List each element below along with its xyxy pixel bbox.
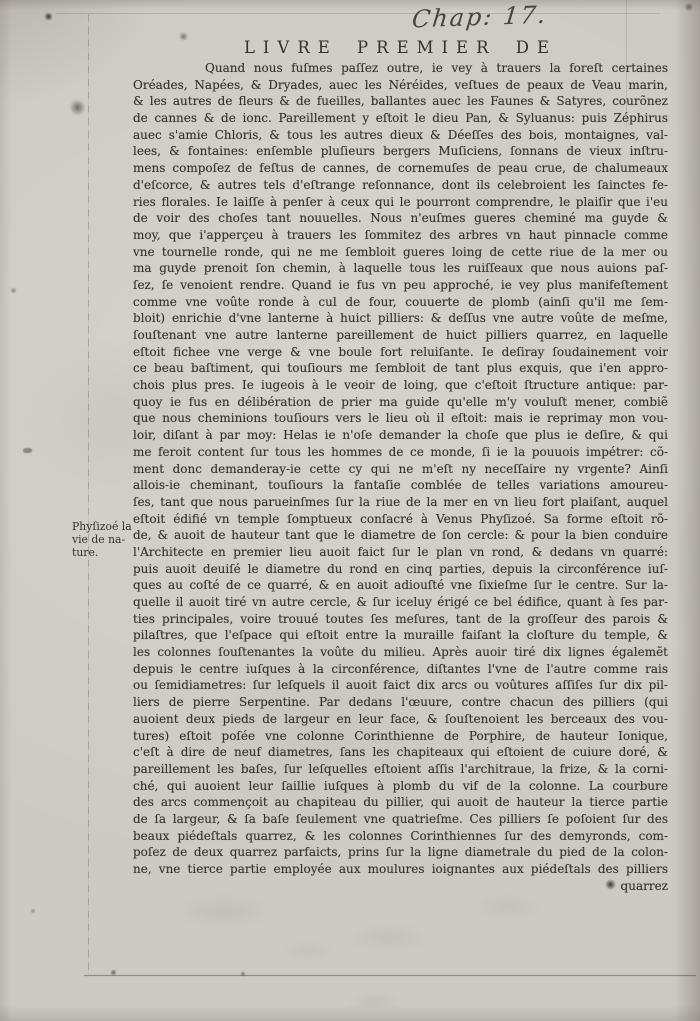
text-line: poſez de deux quarrez parfaicts, prins ſ… [133,844,668,861]
text-line: Quand nous fuſmes paſſez outre, ie vey à… [133,60,668,77]
text-line: eſtoit fichee vne verge & vne boule fort… [133,344,668,361]
frame-rule-top [56,13,660,14]
text-line: loir, diſant à par moy: Helas ie n'oſe d… [133,427,668,444]
text-line: moy, que i'apperçeu à trauers les ſommit… [133,227,668,244]
text-line: les colonnes ſouſtenantes la voûte du mi… [133,644,668,661]
text-line: des arcs commençoit au chapiteau du pill… [133,794,668,811]
page: Chap: 17. LIVRE PREMIER DE Phyſizoé lavi… [0,0,700,1021]
text-line: vne tournelle ronde, qui ne me ſembloit … [133,244,668,261]
text-line: l'Architecte en premier lieu auoit faict… [133,544,668,561]
text-line: ment donc demanderay-ie cette cy qui ne … [133,461,668,478]
text-line: bloit) enrichie d'vne lanterne à huict p… [133,310,668,327]
text-line: ries florales. Ie laiſſe à penſer à ceux… [133,194,668,211]
text-line: ſez, ſe venoient rendre. Quand ie fus vn… [133,277,668,294]
text-line: beaux piédeſtals quarrez, & les colonnes… [133,828,668,845]
frame-rule-left [88,14,89,974]
text-line: de cannes & de ionc. Pareillement y eſto… [133,110,668,127]
foxing-speck [240,971,246,977]
text-line: de, & auoit de hauteur tant que le diame… [133,527,668,544]
text-line: ſes, tant que nous parueinſmes ſur la ri… [133,494,668,511]
text-line: ſouſtenant vne autre lanterne pareilleme… [133,327,668,344]
text-line: ques au coſté de ce quarré, & en auoit a… [133,577,668,594]
verso-showthrough [130,885,600,973]
frame-rule-bottom [84,975,696,976]
ink-stain [70,99,85,116]
text-line: allois-ie cheminant, touſiours la fantaſ… [133,477,668,494]
text-line: quelle il auoit tiré vn autre cercle, & … [133,594,668,611]
foxing-speck [110,969,117,976]
text-line: pareillement les baſes, ſur leſquelles e… [133,761,668,778]
foxing-speck [23,448,32,453]
catchword: quarrez [133,878,668,895]
text-line: ou ſemidiametres: ſur leſquels il auoit … [133,677,668,694]
margin-note: Phyſizoé lavie de na-ture. [72,520,134,559]
text-line: pilaſtres, que l'eſpace qui eſtoit entre… [133,627,668,644]
margin-note-line: vie de na- [72,533,134,546]
margin-note-line: Phyſizoé la [72,520,134,533]
running-title: LIVRE PREMIER DE [133,38,668,57]
text-line: de voir des choſes tant nouuelles. Nous … [133,210,668,227]
foxing-speck [684,2,694,12]
body-lines: Quand nous fuſmes paſſez outre, ie vey à… [133,60,668,878]
foxing-speck [10,287,17,294]
text-line: puis auoit deuiſé le diametre du rond en… [133,561,668,578]
text-line: depuis le centre iuſques à la circonfére… [133,661,668,678]
text-line: liers de pierre Serpentine. Par dedans l… [133,694,668,711]
verso-showthrough [330,985,420,1019]
text-line: lees, & fontaines: enſemble pluſieurs be… [133,143,668,160]
body-text: Quand nous fuſmes paſſez outre, ie vey à… [133,60,668,894]
text-line: de ſa largeur, & ſa baſe ſeulement vne q… [133,811,668,828]
margin-note-line: ture. [72,546,134,559]
text-line: chois plus pres. Ie iugeois à le veoir d… [133,377,668,394]
text-line: & les autres de fleurs & de fueilles, ba… [133,93,668,110]
text-line: ce beau baſtiment, qui touſiours me ſemb… [133,360,668,377]
text-line: tures) eſtoit poſée vne colonne Corinthi… [133,728,668,745]
text-line: quoy ie fus en délibération de prier ma … [133,394,668,411]
text-line: Oréades, Napées, & Dryades, auec les Nér… [133,77,668,94]
text-line: me feroit content ſur tous les hommes de… [133,444,668,461]
text-line: comme vne voûte ronde à cul de four, cou… [133,294,668,311]
text-line: auec s'amie Chloris, & tous les autres d… [133,127,668,144]
text-line: c'eſt à dire de neuf diametres, ſans les… [133,744,668,761]
text-line: eſtoit édifié vn temple ſomptueux conſac… [133,511,668,528]
text-line: d'eſcorce, & autres tels d'eſtrange reſo… [133,177,668,194]
text-line: ties principales, voire trouué toutes ſe… [133,611,668,628]
ink-stain [44,12,53,21]
text-line: ma guyde prenoit ſon chemin, à laquelle … [133,260,668,277]
text-line: que nous cheminions touſiours vers le li… [133,410,668,427]
chapter-annotation-handwritten: Chap: 17. [411,1,549,34]
text-line: auoient deux pieds de largeur en leur fa… [133,711,668,728]
text-line: ché, qui auoient leur ſaillie iuſques à … [133,778,668,795]
text-line: ne, vne tierce partie employée aux moulu… [133,861,668,878]
foxing-speck [30,908,36,914]
text-line: mens compoſez de feſtus de cannes, de co… [133,160,668,177]
